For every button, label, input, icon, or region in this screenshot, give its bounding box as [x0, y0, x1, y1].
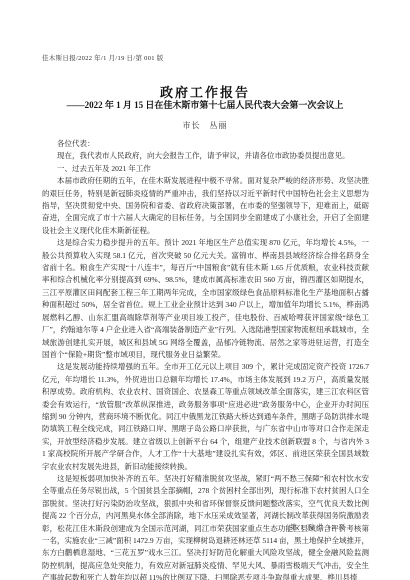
salutation: 各位代表： [42, 138, 369, 150]
document-page: 佳木斯日报/2022 年/1 月/19 日/第 001 版 政府工作报告 ——2… [0, 0, 410, 580]
author-line: 市长 丛丽 [0, 120, 410, 131]
paragraph: 本届市政府任期的五年，在佳木斯发展进程中极不寻常。面对复杂严峻的经济形势、攻坚决… [42, 175, 369, 237]
section-heading: 一、过去五年及 2021 年工作 [42, 163, 369, 175]
document-subtitle: ——2022 年 1 月 15 日在佳木斯市第十七届人民代表大会第一次会议上 [0, 98, 410, 111]
document-body: 各位代表： 现在，我代表市人民政府，向大会报告工作，请予审议，并请各位市政协委员… [42, 138, 369, 580]
paragraph: 这是发展动能持续增强的五年。全市开工亿元以上项目 309 个，累计完成固定资产投… [42, 361, 369, 473]
intro-paragraph: 现在，我代表市人民政府，向大会报告工作，请予审议，并请各位市政协委员提出意见。 [42, 150, 369, 162]
paragraph: 这是综合实力稳步提升的五年。预计 2021 年地区生产总值实现 870 亿元，年… [42, 237, 369, 361]
page-number: 第 1 页 共 12 页 [290, 522, 346, 531]
masthead-source-line: 佳木斯日报/2022 年/1 月/19 日/第 001 版 [42, 53, 164, 62]
